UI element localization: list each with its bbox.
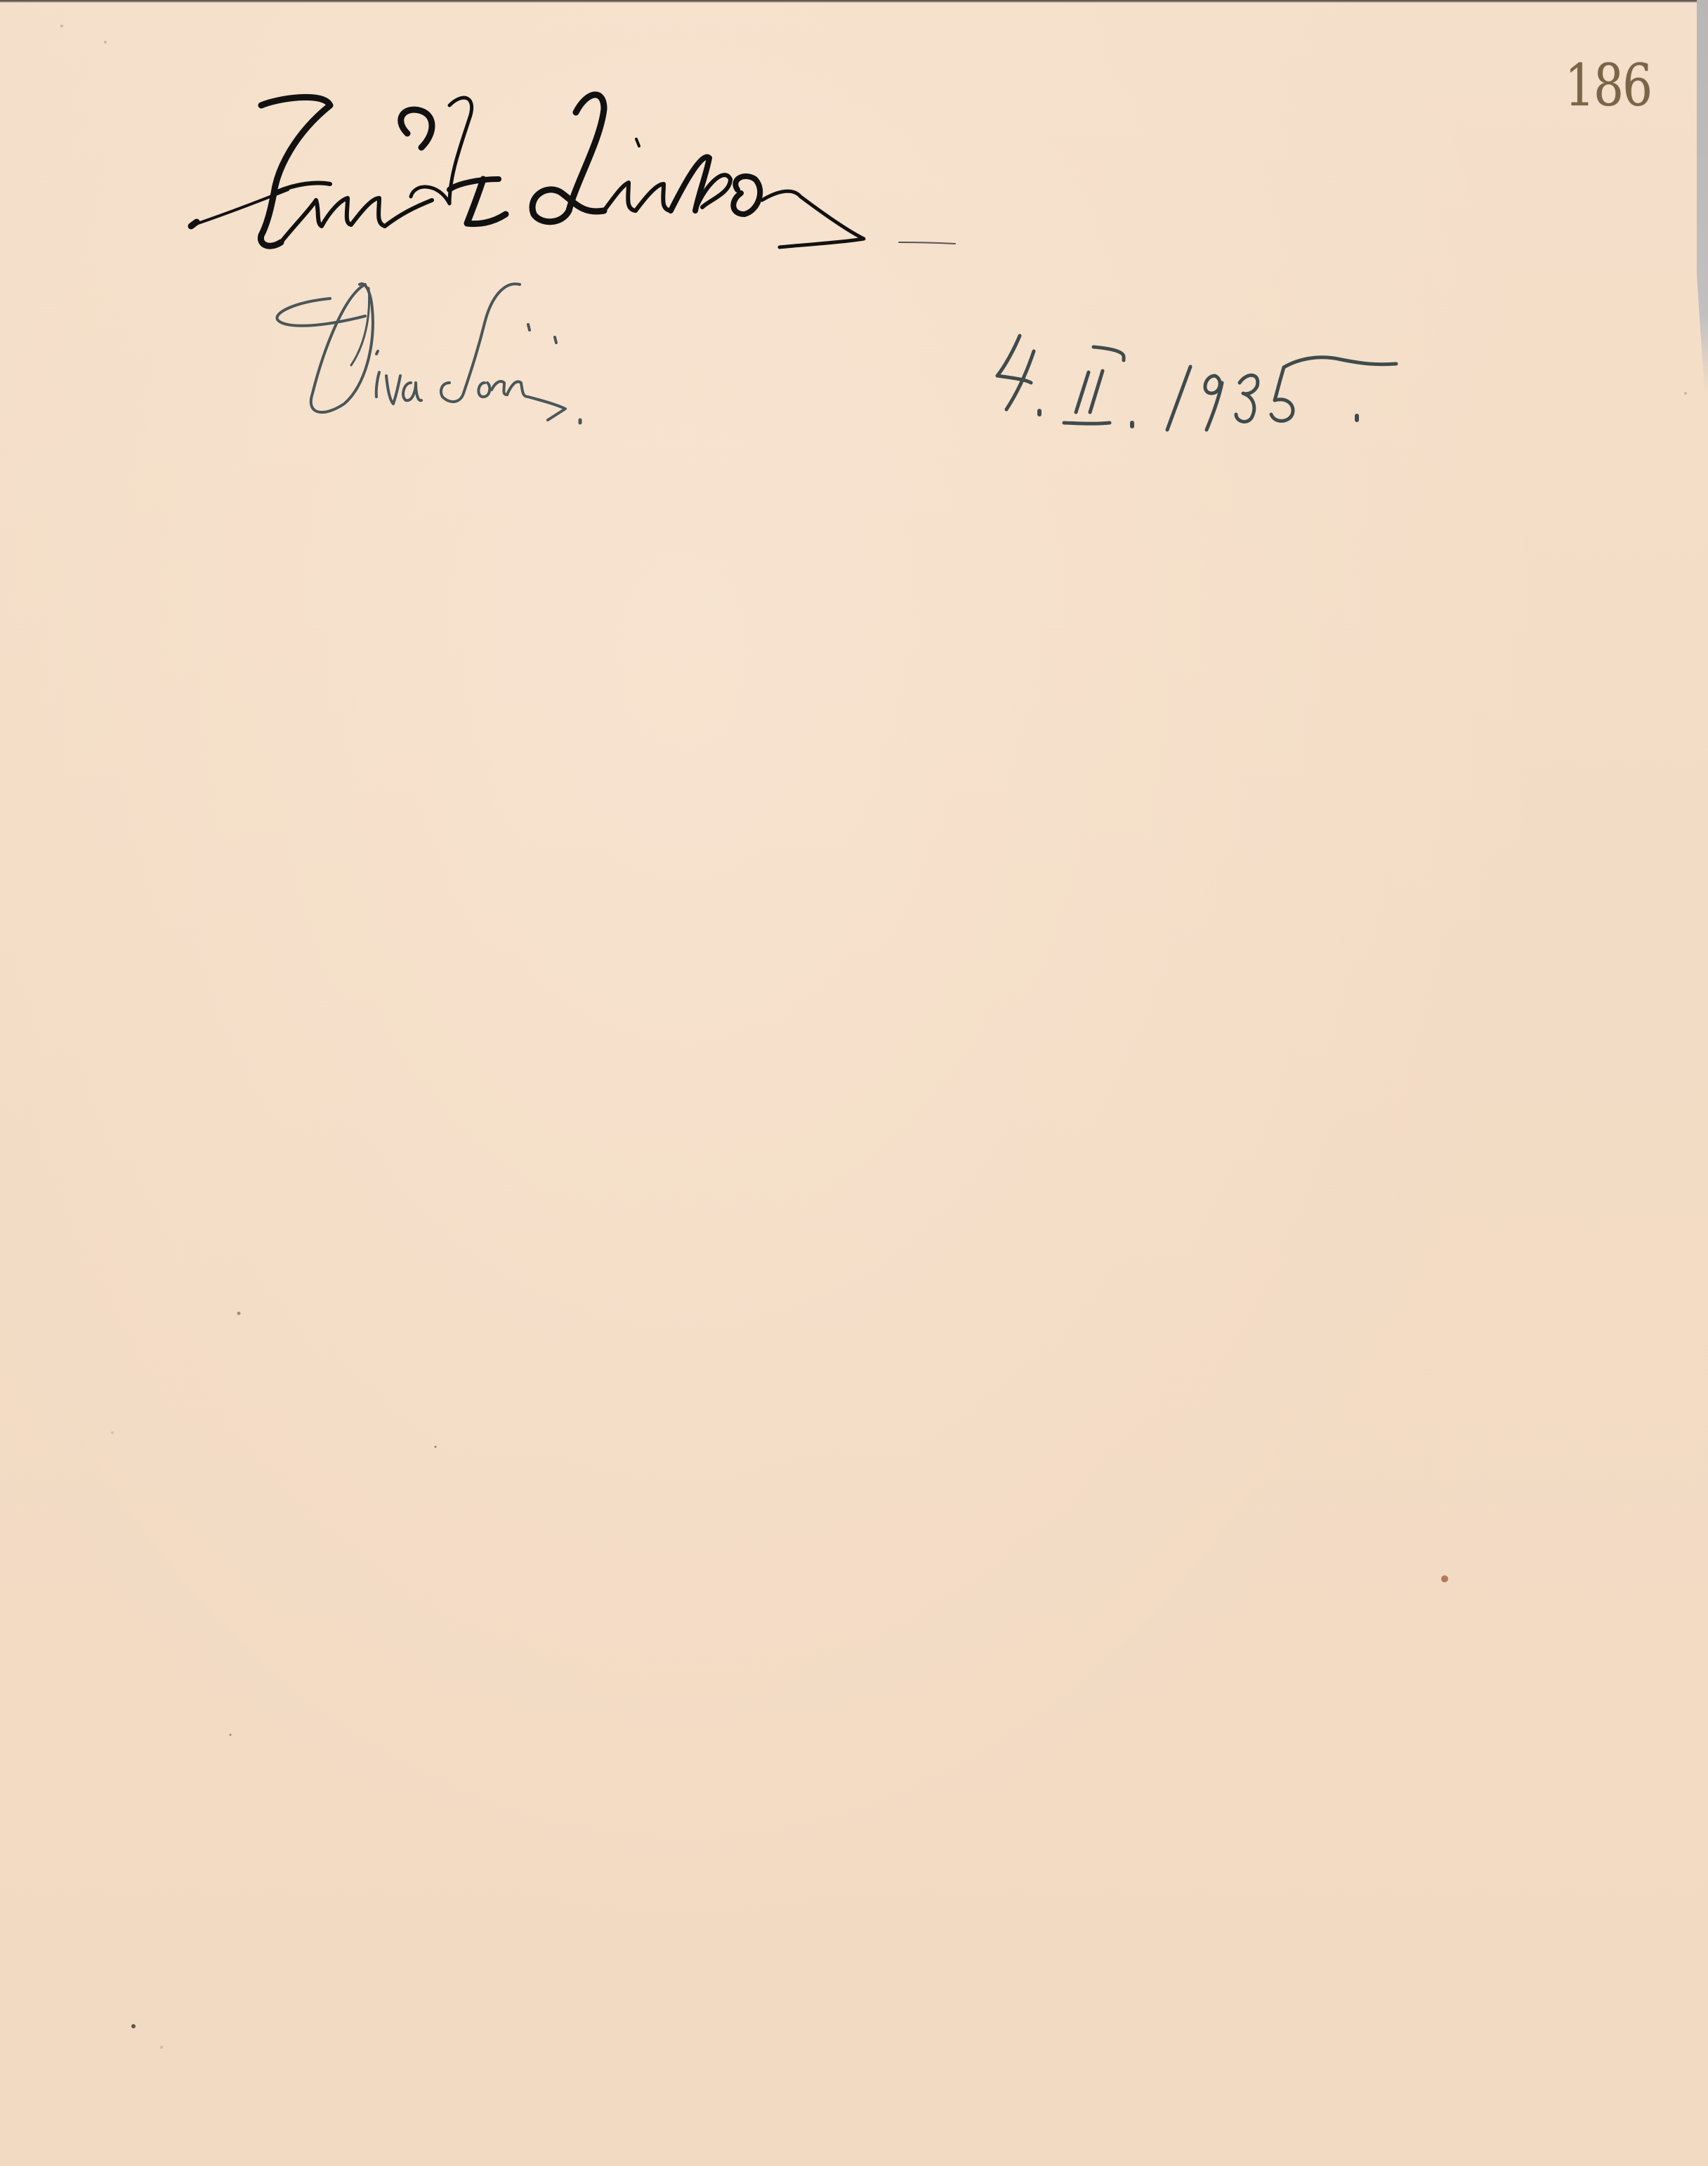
page-number: 186	[1565, 58, 1651, 115]
album-page: 186 Ernst Linko Oiva Soini. 4. II. 1935.	[0, 0, 1708, 2166]
paper-foxing-spots	[60, 25, 1687, 2049]
handwriting-layer	[0, 0, 1708, 2166]
scan-top-edge	[0, 0, 1708, 3]
signature-ernst-linko	[191, 95, 955, 247]
scan-right-edge	[1697, 0, 1708, 393]
date-1935	[997, 336, 1396, 430]
signature-oiva-soini	[277, 284, 580, 423]
